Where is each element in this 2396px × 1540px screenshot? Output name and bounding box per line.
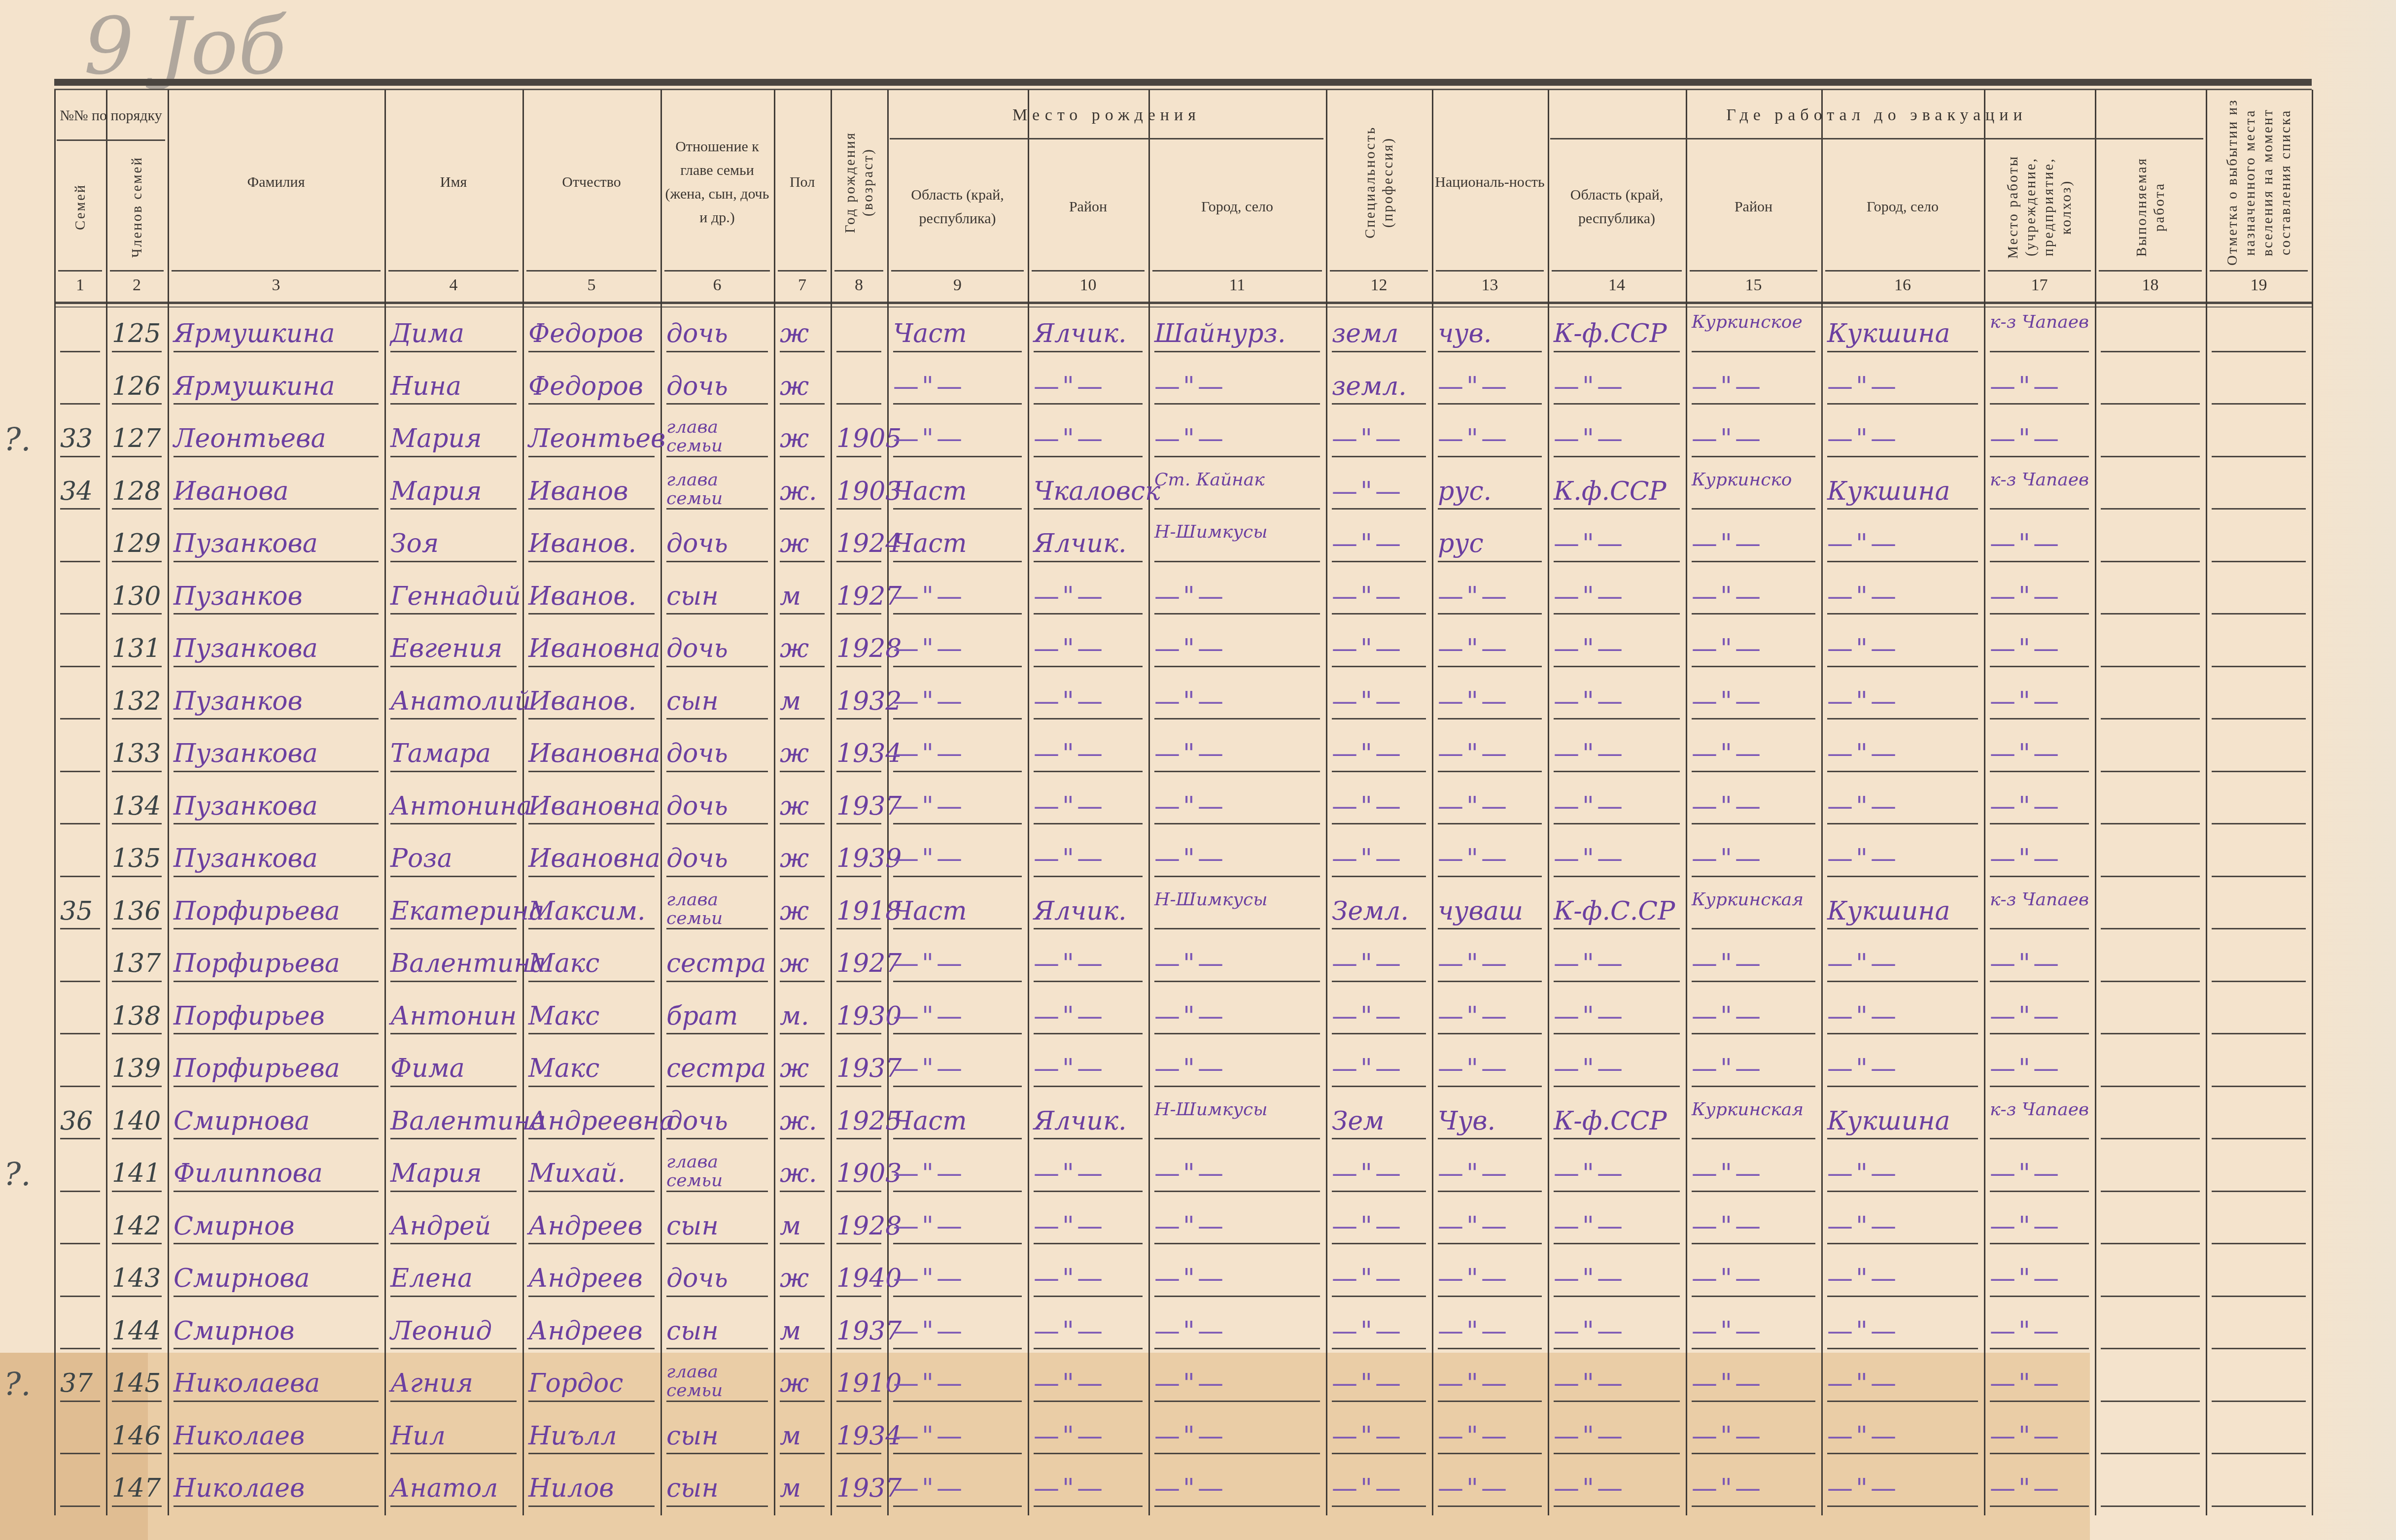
row-underline [60, 1506, 100, 1507]
cell-b-region: Част [893, 1106, 1024, 1136]
row-underline [1990, 771, 2089, 772]
cell-member: 145 [112, 1369, 164, 1398]
row-underline [1034, 666, 1143, 667]
cell-b-town: —"— [1154, 372, 1322, 401]
cell-b-region: —"— [893, 1211, 1024, 1241]
row-underline [390, 771, 517, 772]
cell-w-region: —"— [1554, 634, 1682, 663]
row-underline [2212, 1348, 2306, 1349]
row-underline [1154, 403, 1320, 405]
row-underline [1990, 1453, 2089, 1454]
cell-surname: Пузанков [174, 686, 381, 716]
column-divider [1028, 90, 1029, 1515]
cell-profession: земл. [1332, 372, 1428, 401]
row-underline [174, 1138, 379, 1139]
cell-profession: —"— [1332, 739, 1428, 768]
cell-w-district: —"— [1692, 844, 1817, 873]
row-underline [1827, 718, 1978, 719]
row-underline [1034, 1296, 1143, 1297]
cell-profession: —"— [1332, 477, 1428, 506]
column-header-3: Фамилия [170, 96, 382, 269]
cell-name: Антонина [390, 791, 519, 821]
cell-b-district: —"— [1034, 1001, 1145, 1031]
row-underline [836, 508, 881, 510]
column-header-rule [1032, 270, 1145, 272]
cell-member: 125 [112, 319, 164, 348]
row-underline [836, 1453, 881, 1454]
row-underline [1990, 666, 2089, 667]
cell-b-district: Ялчик. [1034, 529, 1145, 558]
cell-sex: м [780, 582, 827, 611]
cell-year: 1928 [836, 1211, 883, 1241]
column-header-rule [58, 270, 102, 272]
row-underline [836, 1033, 881, 1034]
row-underline [60, 823, 100, 824]
cell-w-region: —"— [1554, 686, 1682, 716]
cell-b-district: —"— [1034, 372, 1145, 401]
row-underline [1827, 456, 1978, 457]
row-underline [1827, 1243, 1978, 1244]
row-underline [893, 1401, 1022, 1402]
cell-surname: Николаев [174, 1473, 381, 1503]
cell-name: Мария [390, 477, 519, 506]
cell-surname: Филиппова [174, 1159, 381, 1188]
row-underline [780, 1401, 825, 1402]
column-header-7: Пол [776, 96, 829, 269]
cell-surname: Пузанкова [174, 529, 381, 558]
row-underline [893, 561, 1022, 562]
row-underline [1034, 508, 1143, 510]
row-underline [1332, 1191, 1426, 1192]
row-underline [2212, 508, 2306, 510]
cell-workplace: —"— [1990, 1001, 2091, 1031]
cell-b-town: —"— [1154, 1316, 1322, 1346]
cell-b-region: —"— [893, 424, 1024, 453]
row-underline [528, 1191, 655, 1192]
cell-w-region: —"— [1554, 582, 1682, 611]
cell-b-town: Н-Шимкусы [1154, 890, 1322, 909]
row-underline [780, 928, 825, 929]
cell-surname: Пузанкова [174, 739, 381, 768]
row-underline [1554, 1401, 1680, 1402]
row-underline [1034, 1191, 1143, 1192]
row-underline [1990, 1086, 2089, 1087]
cell-sex: ж. [780, 477, 827, 506]
cell-patronymic: Андреев [528, 1264, 657, 1293]
row-underline [666, 561, 768, 562]
column-header-16: Город, село [1823, 145, 1982, 269]
row-underline [2212, 771, 2306, 772]
row-underline [60, 981, 100, 982]
row-underline [1438, 876, 1542, 877]
row-underline [112, 823, 162, 824]
row-underline [1827, 403, 1978, 405]
row-underline [1990, 928, 2089, 929]
cell-sex: м [780, 686, 827, 716]
row-underline [1034, 561, 1143, 562]
row-underline [2101, 771, 2200, 772]
row-underline [1692, 1086, 1815, 1087]
row-underline [528, 771, 655, 772]
cell-sex: ж [780, 424, 827, 453]
cell-w-district: —"— [1692, 1054, 1817, 1083]
cell-w-district: —"— [1692, 1473, 1817, 1503]
row-underline [1154, 1191, 1320, 1192]
cell-member: 135 [112, 844, 164, 873]
cell-b-town: —"— [1154, 686, 1322, 716]
row-underline [528, 928, 655, 929]
cell-surname: Пузанков [174, 582, 381, 611]
cell-b-region: —"— [893, 739, 1024, 768]
row-underline [1034, 981, 1143, 982]
row-underline [1438, 1191, 1542, 1192]
cell-b-town: —"— [1154, 739, 1322, 768]
column-header-rule [1436, 270, 1544, 272]
row-underline [1827, 666, 1978, 667]
row-underline [2212, 561, 2306, 562]
row-underline [112, 456, 162, 457]
cell-relation: глава семьи [666, 471, 770, 508]
cell-nationality: —"— [1438, 1054, 1544, 1083]
cell-b-district: —"— [1034, 949, 1145, 978]
cell-nationality: —"— [1438, 1211, 1544, 1241]
row-underline [666, 1453, 768, 1454]
cell-name: Валентина [390, 1106, 519, 1136]
cell-year: 1930 [836, 1001, 883, 1031]
column-header-rule [834, 270, 883, 272]
row-underline [1827, 1138, 1978, 1139]
column-number-16: 16 [1821, 276, 1984, 301]
row-underline [1554, 928, 1680, 929]
cell-name: Анатол [390, 1473, 519, 1503]
cell-year: 1905 [836, 424, 883, 453]
row-underline [836, 351, 881, 352]
row-underline [1554, 718, 1680, 719]
row-underline [780, 876, 825, 877]
row-underline [2101, 1086, 2200, 1087]
row-underline [528, 508, 655, 510]
cell-name: Леонид [390, 1316, 519, 1346]
cell-workplace: —"— [1990, 1473, 2091, 1503]
row-underline [112, 1506, 162, 1507]
cell-sex: ж [780, 896, 827, 926]
row-underline [528, 718, 655, 719]
cell-patronymic: Ивановна [528, 634, 657, 663]
row-underline [1554, 876, 1680, 877]
row-underline [2212, 351, 2306, 352]
row-underline [893, 1296, 1022, 1297]
row-underline [528, 823, 655, 824]
cell-nationality: —"— [1438, 686, 1544, 716]
row-underline [1332, 1138, 1426, 1139]
row-underline [112, 508, 162, 510]
birthplace-group-rule [890, 138, 1323, 139]
cell-w-town: —"— [1827, 949, 1980, 978]
row-underline [893, 771, 1022, 772]
cell-b-town: Н-Шимкусы [1154, 1100, 1322, 1119]
cell-w-region: —"— [1554, 1421, 1682, 1451]
work-group-header: Где работал до эвакуации [1548, 106, 2206, 125]
row-underline [390, 1191, 517, 1192]
row-underline [1332, 508, 1426, 510]
cell-b-district: Ялчик. [1034, 1106, 1145, 1136]
cell-name: Мария [390, 1159, 519, 1188]
row-underline [112, 928, 162, 929]
cell-member: 144 [112, 1316, 164, 1346]
row-underline [390, 666, 517, 667]
row-underline [2101, 1191, 2200, 1192]
row-underline [1332, 771, 1426, 772]
row-underline [1154, 771, 1320, 772]
row-underline [1990, 876, 2089, 877]
row-underline [780, 718, 825, 719]
column-divider [1148, 90, 1150, 1515]
row-underline [528, 1138, 655, 1139]
row-underline [836, 1348, 881, 1349]
row-underline [780, 1033, 825, 1034]
row-underline [1692, 613, 1815, 615]
row-underline [1554, 1086, 1680, 1087]
cell-profession: —"— [1332, 1473, 1428, 1503]
row-underline [1332, 456, 1426, 457]
row-underline [1827, 1086, 1978, 1087]
cell-b-region: —"— [893, 1369, 1024, 1398]
cell-b-region: —"— [893, 1159, 1024, 1188]
cell-relation: глава семьи [666, 890, 770, 928]
row-underline [1332, 1506, 1426, 1507]
row-underline [1554, 456, 1680, 457]
column-header-rule [1825, 270, 1980, 272]
cell-nationality: чув. [1438, 319, 1544, 348]
cell-w-town: —"— [1827, 1159, 1980, 1188]
row-underline [1438, 508, 1542, 510]
cell-member: 147 [112, 1473, 164, 1503]
row-underline [893, 1506, 1022, 1507]
cell-patronymic: Иванов. [528, 686, 657, 716]
row-underline [528, 876, 655, 877]
cell-surname: Смирнова [174, 1106, 381, 1136]
cell-w-district: Куркинское [1692, 313, 1817, 332]
cell-profession: —"— [1332, 686, 1428, 716]
row-underline [1438, 1401, 1542, 1402]
row-underline [780, 351, 825, 352]
row-underline [60, 403, 100, 405]
row-underline [60, 351, 100, 352]
row-underline [1827, 1401, 1978, 1402]
row-underline [2101, 1296, 2200, 1297]
cell-surname: Николаева [174, 1369, 381, 1398]
cell-profession: —"— [1332, 634, 1428, 663]
row-underline [2101, 613, 2200, 615]
row-underline [1154, 1453, 1320, 1454]
cell-family: 37 [60, 1369, 102, 1398]
row-underline [1154, 718, 1320, 719]
row-underline [1827, 508, 1978, 510]
cell-b-region: —"— [893, 1264, 1024, 1293]
cell-w-district: —"— [1692, 582, 1817, 611]
row-underline [2101, 1348, 2200, 1349]
cell-w-region: —"— [1554, 424, 1682, 453]
cell-b-region: —"— [893, 686, 1024, 716]
cell-nationality: —"— [1438, 739, 1544, 768]
cell-relation: сестра [666, 949, 770, 978]
row-underline [2101, 508, 2200, 510]
row-underline [1827, 1033, 1978, 1034]
row-underline [893, 981, 1022, 982]
cell-member: 134 [112, 791, 164, 821]
column-divider [1548, 90, 1549, 1515]
cell-nationality: —"— [1438, 1369, 1544, 1398]
column-header-13: Националь-ность [1434, 96, 1546, 269]
row-underline [1692, 1401, 1815, 1402]
row-underline [1332, 876, 1426, 877]
margin-question-mark: ?. [4, 1157, 31, 1193]
row-underline [1154, 1296, 1320, 1297]
row-underline [112, 1243, 162, 1244]
row-underline [780, 403, 825, 405]
row-underline [2212, 403, 2306, 405]
cell-w-region: —"— [1554, 1473, 1682, 1503]
cell-b-district: Ялчик. [1034, 896, 1145, 926]
cell-surname: Порфирьева [174, 896, 381, 926]
cell-b-region: —"— [893, 791, 1024, 821]
cell-sex: ж [780, 791, 827, 821]
row-underline [1554, 561, 1680, 562]
column-number-1: 1 [54, 276, 106, 301]
row-underline [1990, 403, 2089, 405]
cell-w-region: —"— [1554, 844, 1682, 873]
row-underline [2101, 1453, 2200, 1454]
cell-sex: ж [780, 1054, 827, 1083]
row-underline [836, 876, 881, 877]
column-divider [106, 90, 107, 1515]
row-underline [1990, 1348, 2089, 1349]
row-underline [1332, 1296, 1426, 1297]
cell-year: 1932 [836, 686, 883, 716]
cell-patronymic: Макс [528, 1054, 657, 1083]
numbering-group-header: №№ по порядку [54, 94, 168, 138]
row-underline [1827, 1296, 1978, 1297]
row-underline [2101, 1243, 2200, 1244]
row-underline [1438, 666, 1542, 667]
row-underline [1990, 456, 2089, 457]
row-underline [1438, 561, 1542, 562]
cell-w-district: —"— [1692, 372, 1817, 401]
row-underline [1827, 613, 1978, 615]
row-underline [893, 508, 1022, 510]
cell-profession: —"— [1332, 1316, 1428, 1346]
cell-b-district: —"— [1034, 1054, 1145, 1083]
column-header-rule [2099, 270, 2202, 272]
cell-w-district: —"— [1692, 1159, 1817, 1188]
cell-name: Агния [390, 1369, 519, 1398]
row-underline [390, 1506, 517, 1507]
column-header-17: Место работы (учреждение, предприятие, к… [1986, 145, 2093, 269]
cell-name: Роза [390, 844, 519, 873]
cell-sex: ж [780, 739, 827, 768]
row-underline [2212, 876, 2306, 877]
row-underline [1034, 1348, 1143, 1349]
row-underline [1438, 1348, 1542, 1349]
cell-sex: м. [780, 1001, 827, 1031]
row-underline [390, 1033, 517, 1034]
cell-family: 36 [60, 1106, 102, 1136]
row-underline [1438, 928, 1542, 929]
row-underline [1692, 771, 1815, 772]
cell-w-town: —"— [1827, 1054, 1980, 1083]
cell-w-town: —"— [1827, 634, 1980, 663]
column-header-rule [1152, 270, 1322, 272]
row-underline [2212, 456, 2306, 457]
column-number-13: 13 [1432, 276, 1548, 301]
row-underline [666, 1033, 768, 1034]
row-underline [112, 1401, 162, 1402]
row-underline [174, 1296, 379, 1297]
cell-surname: Пузанкова [174, 634, 381, 663]
row-underline [112, 403, 162, 405]
row-underline [1034, 1506, 1143, 1507]
column-divider [1326, 90, 1327, 1515]
row-underline [1827, 1191, 1978, 1192]
cell-w-region: К-ф.ССР [1554, 319, 1682, 348]
row-underline [112, 1348, 162, 1349]
cell-patronymic: Макс [528, 949, 657, 978]
cell-nationality: —"— [1438, 1421, 1544, 1451]
cell-nationality: —"— [1438, 1159, 1544, 1188]
cell-b-district: —"— [1034, 1369, 1145, 1398]
row-underline [174, 613, 379, 615]
cell-year: 1927 [836, 582, 883, 611]
cell-profession: Земл. [1332, 896, 1428, 926]
row-underline [1154, 456, 1320, 457]
cell-workplace: —"— [1990, 582, 2091, 611]
row-underline [1154, 351, 1320, 352]
row-underline [60, 1401, 100, 1402]
column-header-10: Район [1030, 145, 1146, 269]
row-underline [174, 1086, 379, 1087]
row-underline [1438, 1033, 1542, 1034]
cell-year: 1910 [836, 1369, 883, 1398]
cell-profession: —"— [1332, 949, 1428, 978]
row-underline [836, 928, 881, 929]
cell-workplace: —"— [1990, 1211, 2091, 1241]
row-underline [528, 351, 655, 352]
cell-workplace: к-з Чапаев [1990, 890, 2091, 909]
row-underline [2212, 1453, 2306, 1454]
cell-member: 136 [112, 896, 164, 926]
cell-w-region: К.ф.ССР [1554, 477, 1682, 506]
column-header-rule [778, 270, 827, 272]
row-underline [174, 1191, 379, 1192]
cell-w-district: —"— [1692, 1264, 1817, 1293]
cell-w-town: —"— [1827, 1421, 1980, 1451]
cell-workplace: —"— [1990, 634, 2091, 663]
cell-relation: дочь [666, 1106, 770, 1136]
cell-relation: дочь [666, 529, 770, 558]
cell-member: 126 [112, 372, 164, 401]
cell-relation: сын [666, 1473, 770, 1503]
row-underline [60, 1348, 100, 1349]
cell-w-district: Куркинская [1692, 1100, 1817, 1119]
row-underline [1990, 1138, 2089, 1139]
row-underline [1554, 823, 1680, 824]
cell-w-district: —"— [1692, 1211, 1817, 1241]
row-underline [1438, 403, 1542, 405]
column-header-rule [1988, 270, 2091, 272]
cell-b-region: —"— [893, 1001, 1024, 1031]
column-number-2: 2 [106, 276, 168, 301]
row-underline [893, 823, 1022, 824]
